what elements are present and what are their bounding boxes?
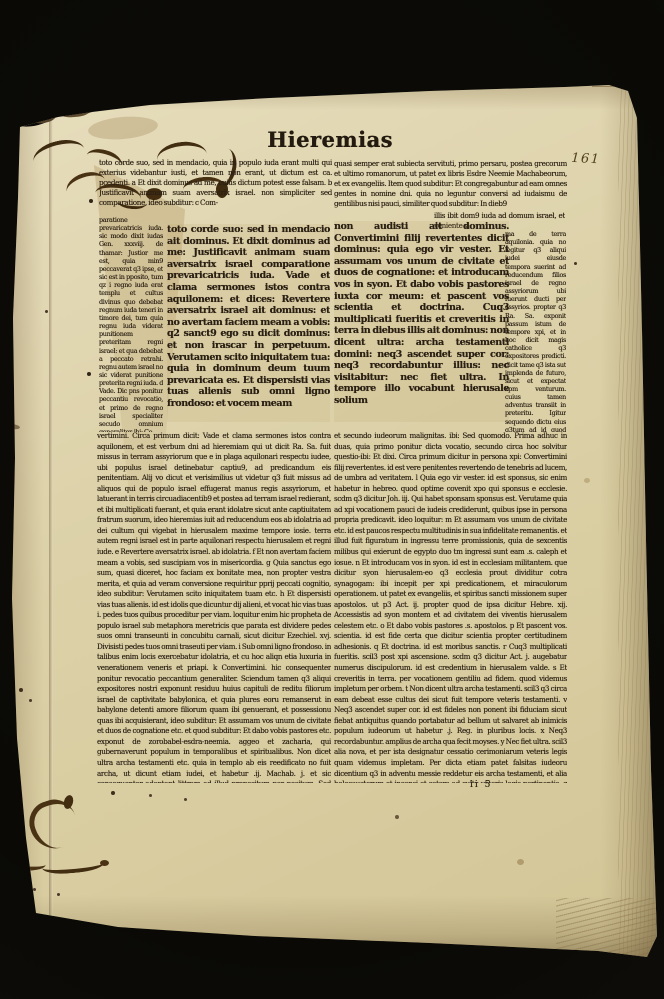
ink-dot: [57, 893, 60, 896]
debris-stain: [88, 101, 110, 110]
commentary-margin-right: ma de terra aquilonia. quia no legitur q…: [505, 230, 566, 432]
ink-dot: [89, 199, 93, 203]
debris-stain: [108, 99, 123, 106]
debris-stain: [58, 104, 91, 118]
ink-blob: [62, 794, 74, 810]
folio-number: 161: [570, 151, 613, 175]
book-photograph: Hieremias 161 toto corde suo, sed in men…: [0, 0, 664, 999]
ink-dot: [87, 372, 91, 376]
manuscript-page: Hieremias 161 toto corde suo, sed in men…: [0, 0, 664, 999]
quire-signature: ii 5: [470, 780, 510, 792]
foxing-dot: [574, 262, 577, 265]
ink-dot: [149, 794, 152, 797]
commentary-top-left: toto corde suo, sed in mendacio, quia in…: [99, 158, 332, 214]
foxing-dot: [517, 859, 524, 865]
top-right-corner-edge: [592, 86, 641, 145]
ink-dot: [7, 901, 10, 904]
ink-dot: [33, 888, 36, 891]
bible-text-right: non audisti ait dominus. Convertimini fi…: [334, 221, 509, 422]
ink-blob: [100, 860, 109, 866]
commentary-top-right: quasi semper erat subiecta servituti, pr…: [334, 159, 567, 211]
ink-dot: [29, 699, 32, 702]
top-edge-shadow: [15, 84, 640, 110]
page-crease: [49, 116, 53, 918]
ink-dot: [184, 798, 187, 801]
running-title: Hieremias: [95, 127, 565, 153]
ink-dot: [45, 310, 48, 313]
commentary-column-left: vertimini. Circa primum dicit: Vade et c…: [97, 431, 331, 783]
bible-text-left: toto corde suo: sed in mendacio ait domi…: [167, 224, 330, 422]
page-stack-edges: [618, 86, 660, 962]
foxing-dot: [395, 815, 399, 819]
ink-dot: [11, 883, 15, 887]
ink-dot: [19, 688, 23, 692]
bottom-right-corner-stack: [556, 898, 660, 960]
foxing-dot: [584, 478, 590, 483]
ink-dot: [111, 791, 115, 795]
commentary-margin-left: paratione prevaricatricis iuda. sic modo…: [99, 216, 163, 432]
commentary-column-right: et secundo iudeorum malignitas. ibi: Sed…: [334, 431, 567, 783]
gutter-shadow: [10, 118, 44, 918]
edge-mark: [3, 447, 13, 451]
